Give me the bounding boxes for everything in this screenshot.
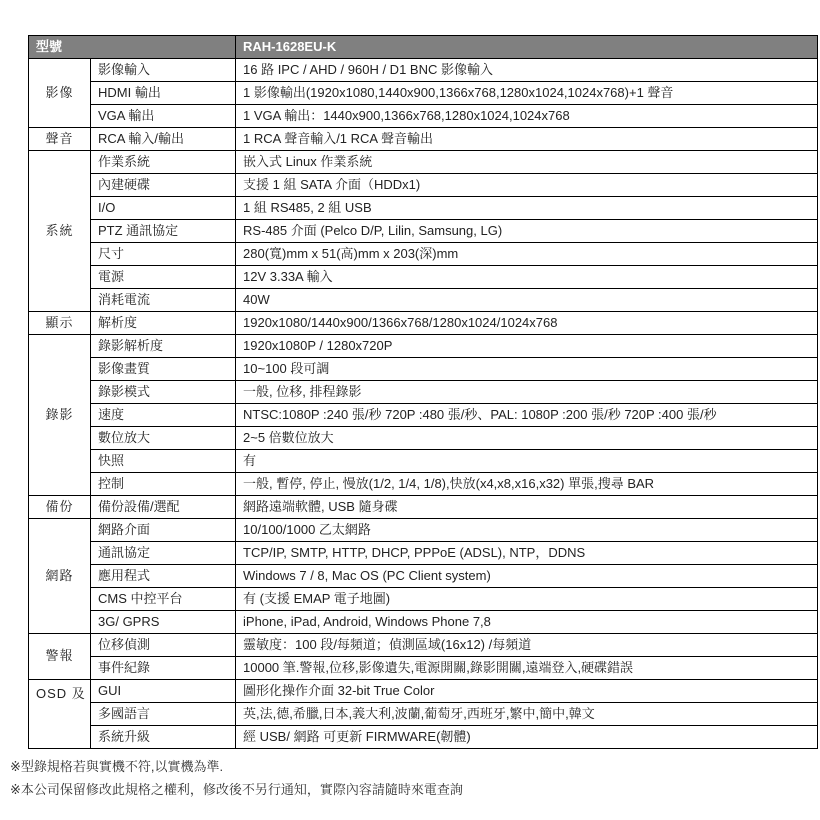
spec-row: 快照有 — [29, 450, 818, 473]
spec-value-cell: 經 USB/ 網路 可更新 FIRMWARE(韌體) — [236, 726, 818, 749]
spec-value-cell: 1920x1080/1440x900/1366x768/1280x1024/10… — [236, 312, 818, 335]
spec-label-cell: 快照 — [91, 450, 236, 473]
spec-row: 顯示解析度1920x1080/1440x900/1366x768/1280x10… — [29, 312, 818, 335]
spec-sheet-page: 型號 RAH-1628EU-K 影像影像輸入16 路 IPC / AHD / 9… — [0, 0, 820, 820]
spec-value-cell: 10000 筆.警報,位移,影像遺失,電源開關,錄影開關,遠端登入,硬碟錯誤 — [236, 657, 818, 680]
spec-label-cell: 影像畫質 — [91, 358, 236, 381]
spec-row: 應用程式Windows 7 / 8, Mac OS (PC Client sys… — [29, 565, 818, 588]
spec-row: 通訊協定TCP/IP, SMTP, HTTP, DHCP, PPPoE (ADS… — [29, 542, 818, 565]
spec-row: 多國語言英,法,德,希臘,日本,義大利,波蘭,葡萄牙,西班牙,繁中,簡中,韓文 — [29, 703, 818, 726]
spec-label-cell: 消耗電流 — [91, 289, 236, 312]
spec-value-cell: 支援 1 組 SATA 介面（HDDx1) — [236, 174, 818, 197]
footnote-catalog-disclaimer: ※型錄規格若與實機不符,以實機為準. — [10, 756, 223, 775]
spec-row: 備份備份設備/選配網路遠端軟體, USB 隨身碟 — [29, 496, 818, 519]
category-cell: 影像 — [29, 59, 91, 128]
spec-value-cell: 1 RCA 聲音輸入/1 RCA 聲音輸出 — [236, 128, 818, 151]
spec-value-cell: 一般, 暫停, 停止, 慢放(1/2, 1/4, 1/8),快放(x4,x8,x… — [236, 473, 818, 496]
spec-table-body: 影像影像輸入16 路 IPC / AHD / 960H / D1 BNC 影像輸… — [29, 59, 818, 749]
spec-value-cell: 網路遠端軟體, USB 隨身碟 — [236, 496, 818, 519]
spec-value-cell: TCP/IP, SMTP, HTTP, DHCP, PPPoE (ADSL), … — [236, 542, 818, 565]
spec-row: 警報位移偵測靈敏度：100 段/每頻道；偵測區域(16x12) /每頻道 — [29, 634, 818, 657]
spec-label-cell: 控制 — [91, 473, 236, 496]
footnote-spec-change-notice: ※本公司保留修改此規格之權利，修改後不另行通知，實際內容請隨時來電查詢 — [10, 779, 463, 798]
spec-row: 影像影像輸入16 路 IPC / AHD / 960H / D1 BNC 影像輸… — [29, 59, 818, 82]
spec-row: I/O1 組 RS485, 2 組 USB — [29, 197, 818, 220]
spec-row: 速度NTSC:1080P :240 張/秒 720P :480 張/秒、PAL:… — [29, 404, 818, 427]
spec-row: 尺寸280(寬)mm x 51(高)mm x 203(深)mm — [29, 243, 818, 266]
spec-row: 數位放大2~5 倍數位放大 — [29, 427, 818, 450]
spec-value-cell: 有 (支援 EMAP 電子地圖) — [236, 588, 818, 611]
spec-row: 影像畫質10~100 段可調 — [29, 358, 818, 381]
spec-value-cell: 1 VGA 輸出：1440x900,1366x768,1280x1024,102… — [236, 105, 818, 128]
spec-header-row: 型號 RAH-1628EU-K — [29, 36, 818, 59]
spec-value-cell: 1 影像輸出(1920x1080,1440x900,1366x768,1280x… — [236, 82, 818, 105]
model-label-cell: 型號 — [29, 36, 236, 59]
category-cell: 顯示 — [29, 312, 91, 335]
spec-row: 事件紀錄10000 筆.警報,位移,影像遺失,電源開關,錄影開關,遠端登入,硬碟… — [29, 657, 818, 680]
category-cell: 系統 — [29, 151, 91, 312]
spec-value-cell: 有 — [236, 450, 818, 473]
spec-row: 聲音RCA 輸入/輸出1 RCA 聲音輸入/1 RCA 聲音輸出 — [29, 128, 818, 151]
spec-label-cell: CMS 中控平台 — [91, 588, 236, 611]
spec-label-cell: 錄影解析度 — [91, 335, 236, 358]
spec-label-cell: GUI — [91, 680, 236, 703]
spec-label-cell: 網路介面 — [91, 519, 236, 542]
spec-value-cell: 10~100 段可調 — [236, 358, 818, 381]
spec-value-cell: RS-485 介面 (Pelco D/P, Lilin, Samsung, LG… — [236, 220, 818, 243]
spec-label-cell: VGA 輸出 — [91, 105, 236, 128]
spec-row: VGA 輸出1 VGA 輸出：1440x900,1366x768,1280x10… — [29, 105, 818, 128]
spec-value-cell: 2~5 倍數位放大 — [236, 427, 818, 450]
spec-row: 錄影模式一般, 位移, 排程錄影 — [29, 381, 818, 404]
spec-value-cell: 一般, 位移, 排程錄影 — [236, 381, 818, 404]
spec-value-cell: 16 路 IPC / AHD / 960H / D1 BNC 影像輸入 — [236, 59, 818, 82]
spec-row: 系統作業系統嵌入式 Linux 作業系統 — [29, 151, 818, 174]
spec-label-cell: 錄影模式 — [91, 381, 236, 404]
spec-label-cell: 備份設備/選配 — [91, 496, 236, 519]
spec-row: OSD 及 DVR 控制GUI圖形化操作介面 32-bit True Color — [29, 680, 818, 703]
spec-label-cell: 電源 — [91, 266, 236, 289]
spec-row: 內建硬碟支援 1 組 SATA 介面（HDDx1) — [29, 174, 818, 197]
spec-row: HDMI 輸出1 影像輸出(1920x1080,1440x900,1366x76… — [29, 82, 818, 105]
spec-label-cell: 作業系統 — [91, 151, 236, 174]
spec-value-cell: iPhone, iPad, Android, Windows Phone 7,8 — [236, 611, 818, 634]
spec-row: 系統升級經 USB/ 網路 可更新 FIRMWARE(韌體) — [29, 726, 818, 749]
spec-value-cell: 12V 3.33A 輸入 — [236, 266, 818, 289]
spec-label-cell: HDMI 輸出 — [91, 82, 236, 105]
spec-value-cell: 10/100/1000 乙太網路 — [236, 519, 818, 542]
spec-label-cell: 事件紀錄 — [91, 657, 236, 680]
spec-row: 網路網路介面10/100/1000 乙太網路 — [29, 519, 818, 542]
category-cell: 聲音 — [29, 128, 91, 151]
spec-label-cell: PTZ 通訊協定 — [91, 220, 236, 243]
spec-label-cell: 通訊協定 — [91, 542, 236, 565]
spec-label-cell: 應用程式 — [91, 565, 236, 588]
spec-row: PTZ 通訊協定RS-485 介面 (Pelco D/P, Lilin, Sam… — [29, 220, 818, 243]
spec-value-cell: 280(寬)mm x 51(高)mm x 203(深)mm — [236, 243, 818, 266]
spec-value-cell: 嵌入式 Linux 作業系統 — [236, 151, 818, 174]
spec-value-cell: NTSC:1080P :240 張/秒 720P :480 張/秒、PAL: 1… — [236, 404, 818, 427]
spec-label-cell: 數位放大 — [91, 427, 236, 450]
category-cell: 備份 — [29, 496, 91, 519]
spec-table: 型號 RAH-1628EU-K 影像影像輸入16 路 IPC / AHD / 9… — [28, 35, 818, 749]
spec-label-cell: 影像輸入 — [91, 59, 236, 82]
spec-label-cell: 速度 — [91, 404, 236, 427]
category-cell: 網路 — [29, 519, 91, 634]
category-cell: 警報 — [29, 634, 91, 680]
spec-row: 電源12V 3.33A 輸入 — [29, 266, 818, 289]
spec-label-cell: 系統升級 — [91, 726, 236, 749]
spec-value-cell: 圖形化操作介面 32-bit True Color — [236, 680, 818, 703]
spec-label-cell: 位移偵測 — [91, 634, 236, 657]
spec-label-cell: 尺寸 — [91, 243, 236, 266]
category-cell: OSD 及 DVR 控制 — [29, 680, 91, 749]
spec-value-cell: 40W — [236, 289, 818, 312]
spec-label-cell: I/O — [91, 197, 236, 220]
spec-label-cell: RCA 輸入/輸出 — [91, 128, 236, 151]
spec-label-cell: 多國語言 — [91, 703, 236, 726]
spec-label-cell: 3G/ GPRS — [91, 611, 236, 634]
spec-row: 控制一般, 暫停, 停止, 慢放(1/2, 1/4, 1/8),快放(x4,x8… — [29, 473, 818, 496]
spec-label-cell: 內建硬碟 — [91, 174, 236, 197]
category-cell: 錄影 — [29, 335, 91, 496]
spec-row: 錄影錄影解析度1920x1080P / 1280x720P — [29, 335, 818, 358]
spec-label-cell: 解析度 — [91, 312, 236, 335]
spec-value-cell: 靈敏度：100 段/每頻道；偵測區域(16x12) /每頻道 — [236, 634, 818, 657]
spec-value-cell: Windows 7 / 8, Mac OS (PC Client system) — [236, 565, 818, 588]
spec-row: 3G/ GPRSiPhone, iPad, Android, Windows P… — [29, 611, 818, 634]
spec-value-cell: 英,法,德,希臘,日本,義大利,波蘭,葡萄牙,西班牙,繁中,簡中,韓文 — [236, 703, 818, 726]
spec-row: CMS 中控平台有 (支援 EMAP 電子地圖) — [29, 588, 818, 611]
spec-row: 消耗電流40W — [29, 289, 818, 312]
model-value-cell: RAH-1628EU-K — [236, 36, 818, 59]
spec-value-cell: 1 組 RS485, 2 組 USB — [236, 197, 818, 220]
spec-value-cell: 1920x1080P / 1280x720P — [236, 335, 818, 358]
